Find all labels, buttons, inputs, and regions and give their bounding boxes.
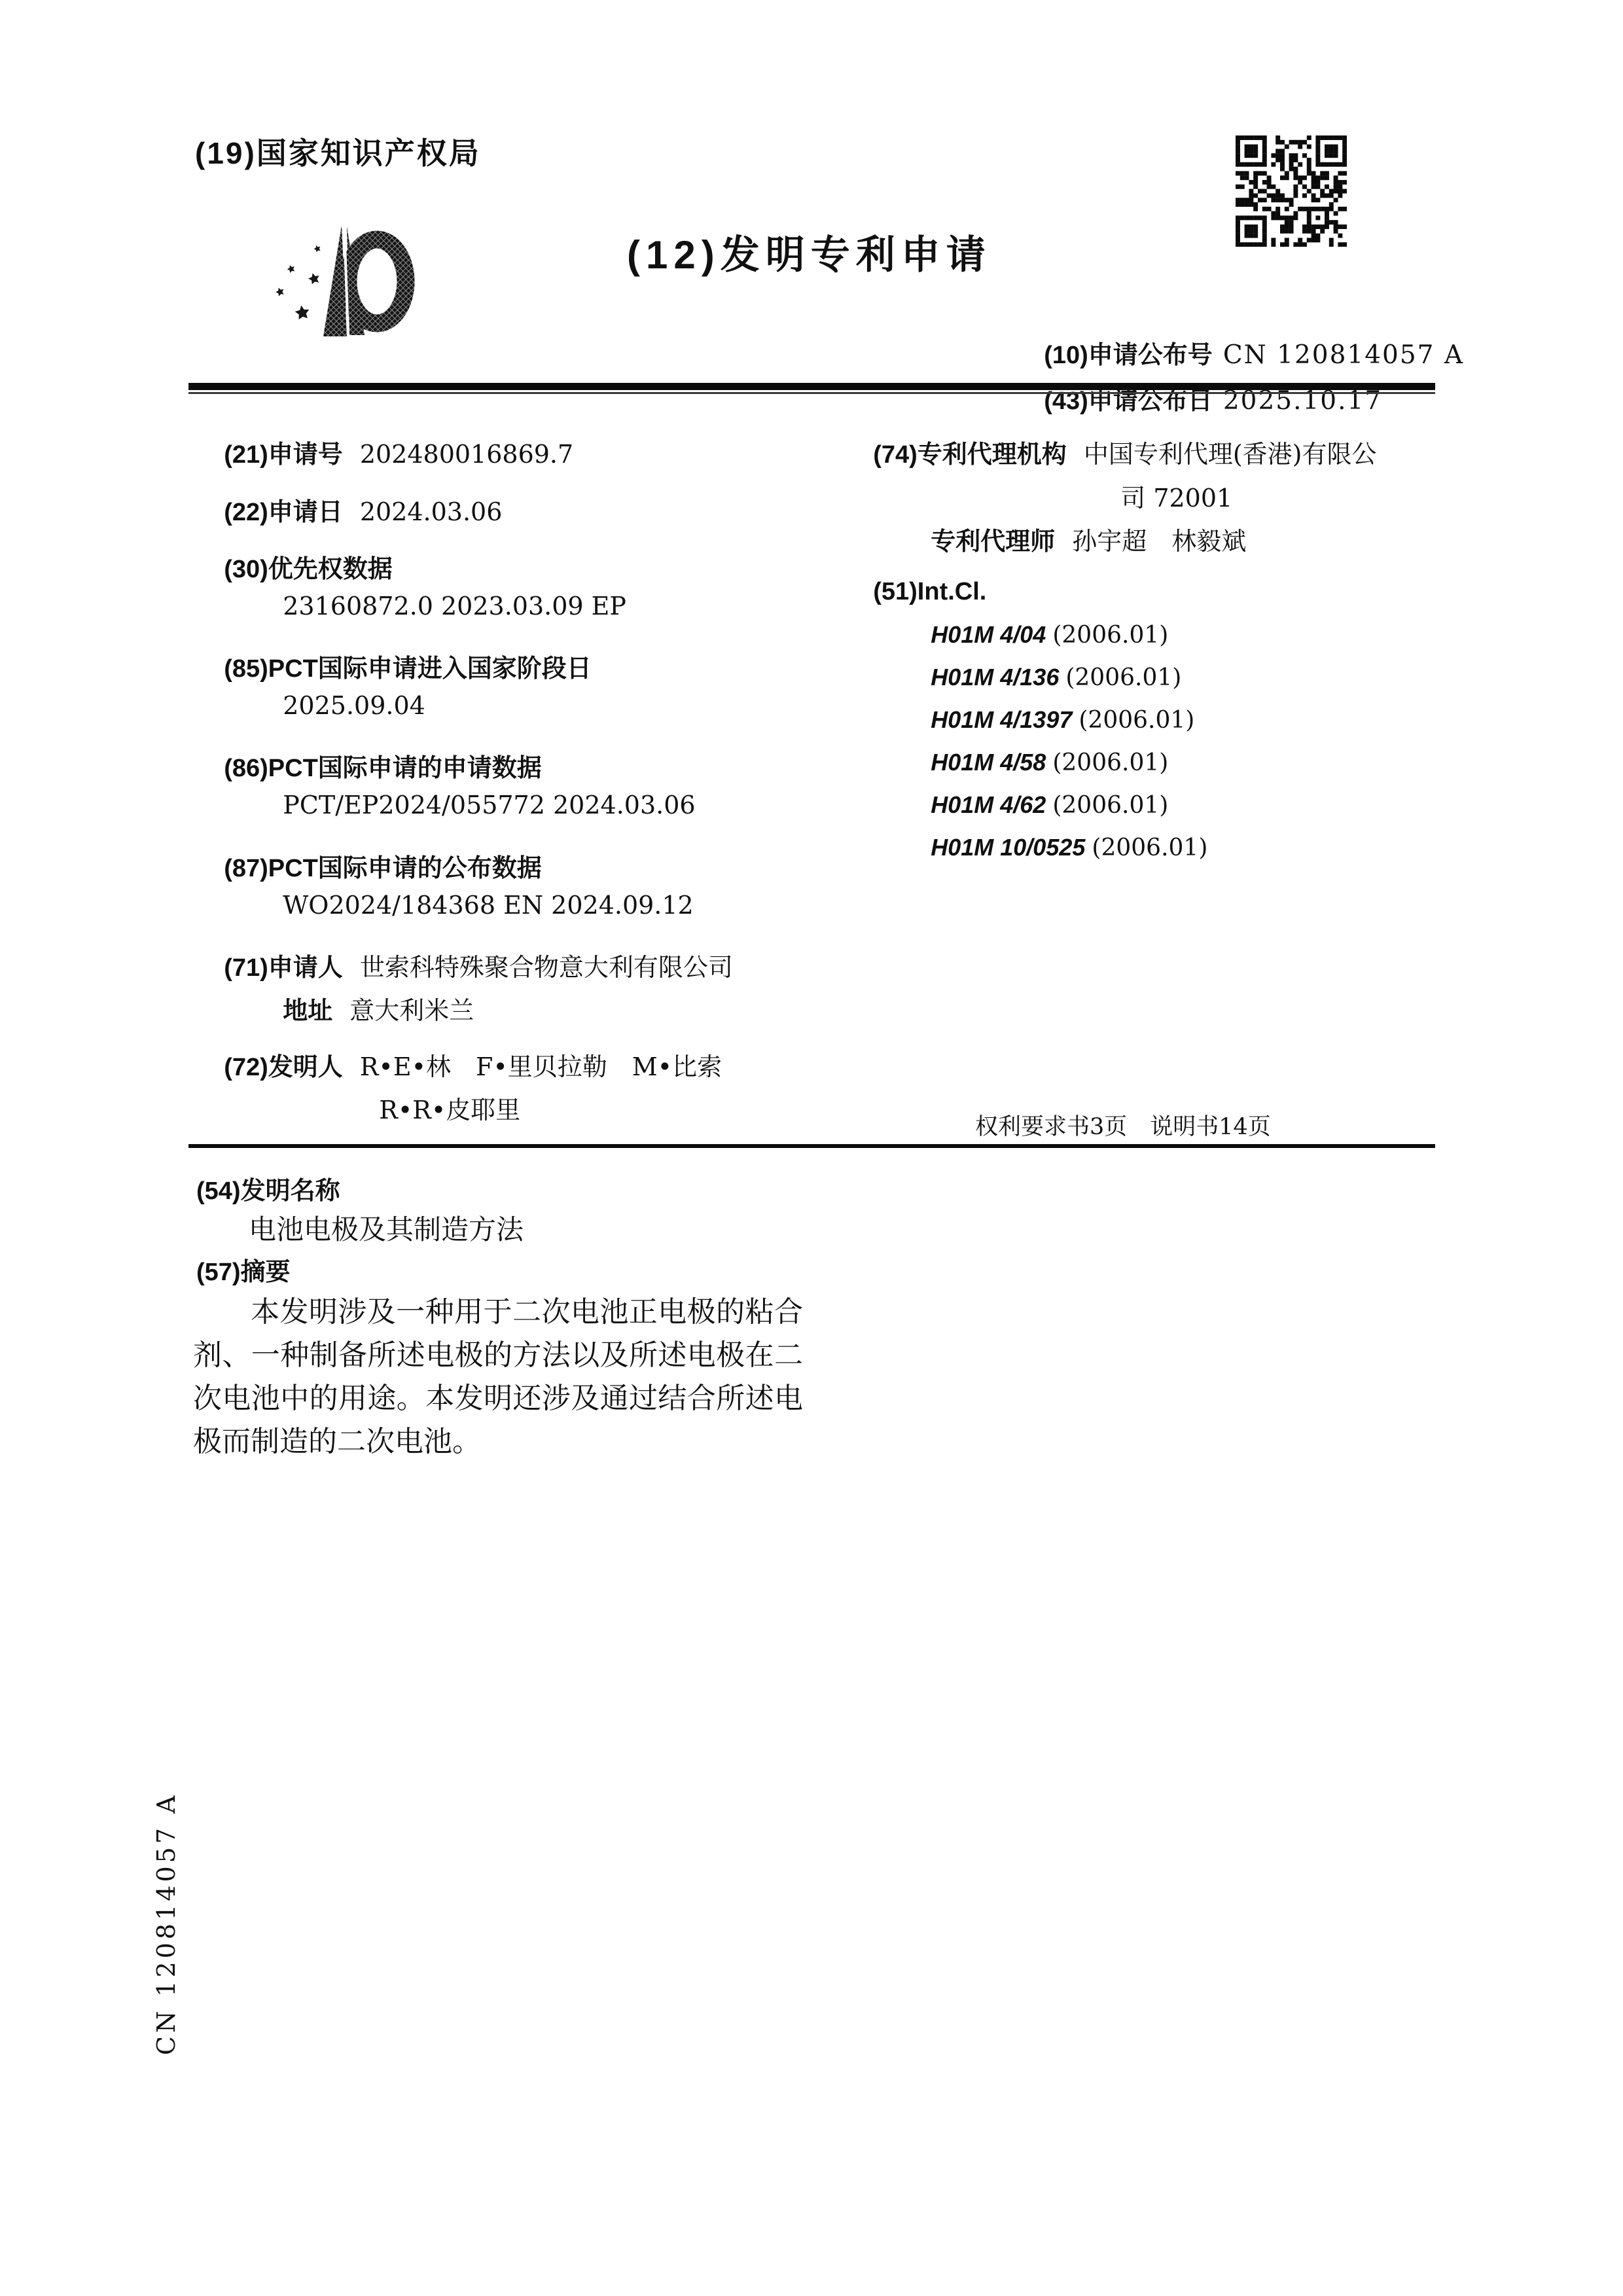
pct-publication-data-value: WO2024/184368 EN 2024.09.12 [283, 891, 694, 920]
qr-code [1236, 135, 1347, 247]
star-icons [275, 244, 322, 320]
abstract-label: (57)摘要 [196, 1251, 291, 1287]
intcl-item: H01M 10/0525(2006.01) [903, 806, 1207, 890]
inventors-row-2: R•R•皮耶里 [351, 1062, 520, 1154]
patent-front-page: (19)国家知识产权局 (12)发明专利申请 (10)申请公布号CN 12081… [0, 0, 1623, 2296]
intcl-code: H01M 10/0525 [931, 834, 1085, 861]
pages-count-info: 权利要求书3页 说明书14页 [975, 1109, 1271, 1141]
abstract-text: 本发明涉及一种用于二次电池正电极的粘合剂、一种制备所述电极的方法以及所述电极在二… [193, 1291, 803, 1463]
sidebar-document-id: CN 120814057 A [152, 1792, 181, 2055]
body-divider-rule [188, 1144, 1435, 1148]
inventors-line2: R•R•皮耶里 [379, 1096, 520, 1124]
pct-national-entry-date: 2025.09.04 [283, 691, 425, 720]
invention-name-label: (54)发明名称 [196, 1170, 340, 1206]
inventors-label: (72)发明人 [224, 1054, 343, 1081]
invention-name: 电池电极及其制造方法 [249, 1208, 524, 1247]
cnipa-logo-icon [267, 221, 418, 343]
pct-application-data-value: PCT/EP2024/055772 2024.03.06 [283, 791, 695, 819]
agent-names: 孙宇超 林毅斌 [1072, 527, 1246, 556]
priority-data-value: 23160872.0 2023.03.09 EP [283, 592, 626, 620]
patent-office-name: (19)国家知识产权局 [195, 130, 481, 173]
document-type-title: (12)发明专利申请 [627, 224, 991, 280]
intcl-version: (2006.01) [1092, 834, 1207, 861]
agency-label: (74)专利代理机构 [873, 441, 1067, 469]
header-divider-rule [188, 383, 1435, 390]
